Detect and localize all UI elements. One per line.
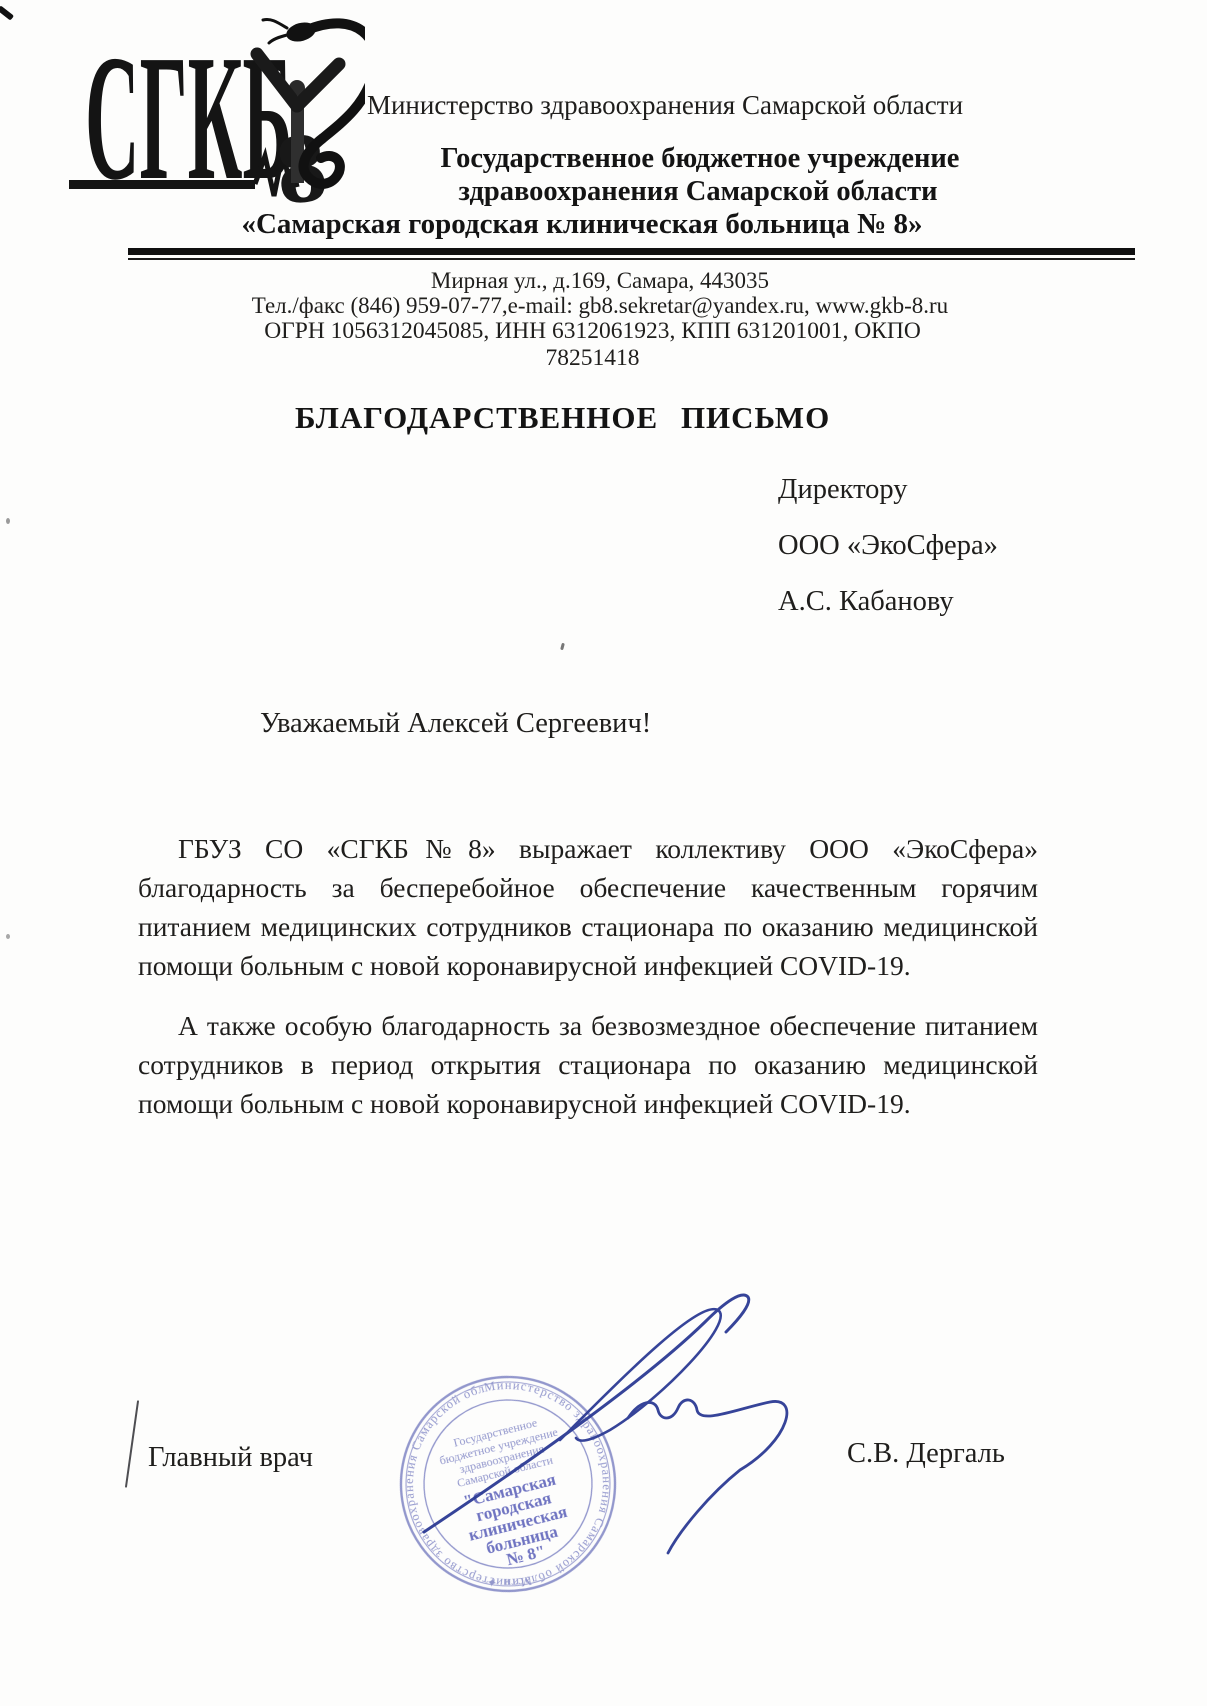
paragraph-2-line: А также особую благодарность за безвозме… bbox=[138, 1006, 1038, 1045]
salutation: Уважаемый Алексей Сергеевич! bbox=[260, 708, 860, 740]
header-divider-thin bbox=[128, 258, 1135, 260]
pen-slash-mark bbox=[125, 1400, 139, 1487]
header-divider-thick bbox=[128, 248, 1135, 255]
logo-underline bbox=[69, 180, 255, 189]
org-name-line-3: «Самарская городская клиническая больниц… bbox=[232, 208, 932, 241]
signer-name: С.В. Дергаль bbox=[847, 1438, 1107, 1470]
paragraph-1-line: помощи больным с новой коронавирусной ин… bbox=[138, 946, 1038, 985]
address-line: Мирная ул., д.169, Самара, 443035 bbox=[350, 268, 850, 294]
paragraph-1-line: питанием медицинских сотрудников стацион… bbox=[138, 907, 1038, 946]
paragraph-1-line: ГБУЗ СО «СГКБ№8» выражает коллективу ООО… bbox=[138, 829, 1038, 868]
letter-title: БЛАГОДАРСТВЕННОЕ ПИСЬМО bbox=[295, 400, 895, 436]
logo-acronym-group: СГКБ bbox=[69, 18, 292, 217]
signature-scribble bbox=[380, 1270, 820, 1620]
recipient-company: ООО «ЭкоСфера» bbox=[778, 529, 1078, 585]
scan-speck bbox=[6, 518, 10, 524]
org-name-line-1: Государственное бюджетное учреждение bbox=[400, 143, 1000, 175]
paragraph-1: ГБУЗ СО «СГКБ№8» выражает коллективу ООО… bbox=[138, 829, 1038, 985]
recipient-block: Директору ООО «ЭкоСфера» А.С. Кабанову bbox=[778, 473, 1078, 641]
contacts-line: Тел./факс (846) 959-07-77,e-mail: gb8.se… bbox=[230, 293, 970, 319]
paragraph-2-line: помощи больным с новой коронавирусной ин… bbox=[138, 1084, 1038, 1123]
scan-speck bbox=[560, 643, 565, 651]
letter-page: СГКБ 8 Министерство здравоохранения Сама… bbox=[0, 0, 1207, 1706]
registration-line: ОГРН 1056312045085, ИНН 6312061923, КПП … bbox=[230, 318, 955, 372]
paragraph-2: А также особую благодарность за безвозме… bbox=[138, 1006, 1038, 1123]
scan-speck bbox=[6, 934, 10, 939]
org-name-line-2: здравоохранения Самарской области bbox=[398, 176, 998, 208]
paragraph-1-line: благодарность за бесперебойное обеспечен… bbox=[138, 868, 1038, 907]
ministry-line: Министерство здравоохранения Самарской о… bbox=[315, 90, 1015, 121]
paragraph-2-line: сотрудников в период открытия стационара… bbox=[138, 1045, 1038, 1084]
recipient-role: Директору bbox=[778, 473, 1078, 529]
scan-corner-mark bbox=[0, 5, 14, 20]
recipient-person: А.С. Кабанову bbox=[778, 585, 1078, 641]
